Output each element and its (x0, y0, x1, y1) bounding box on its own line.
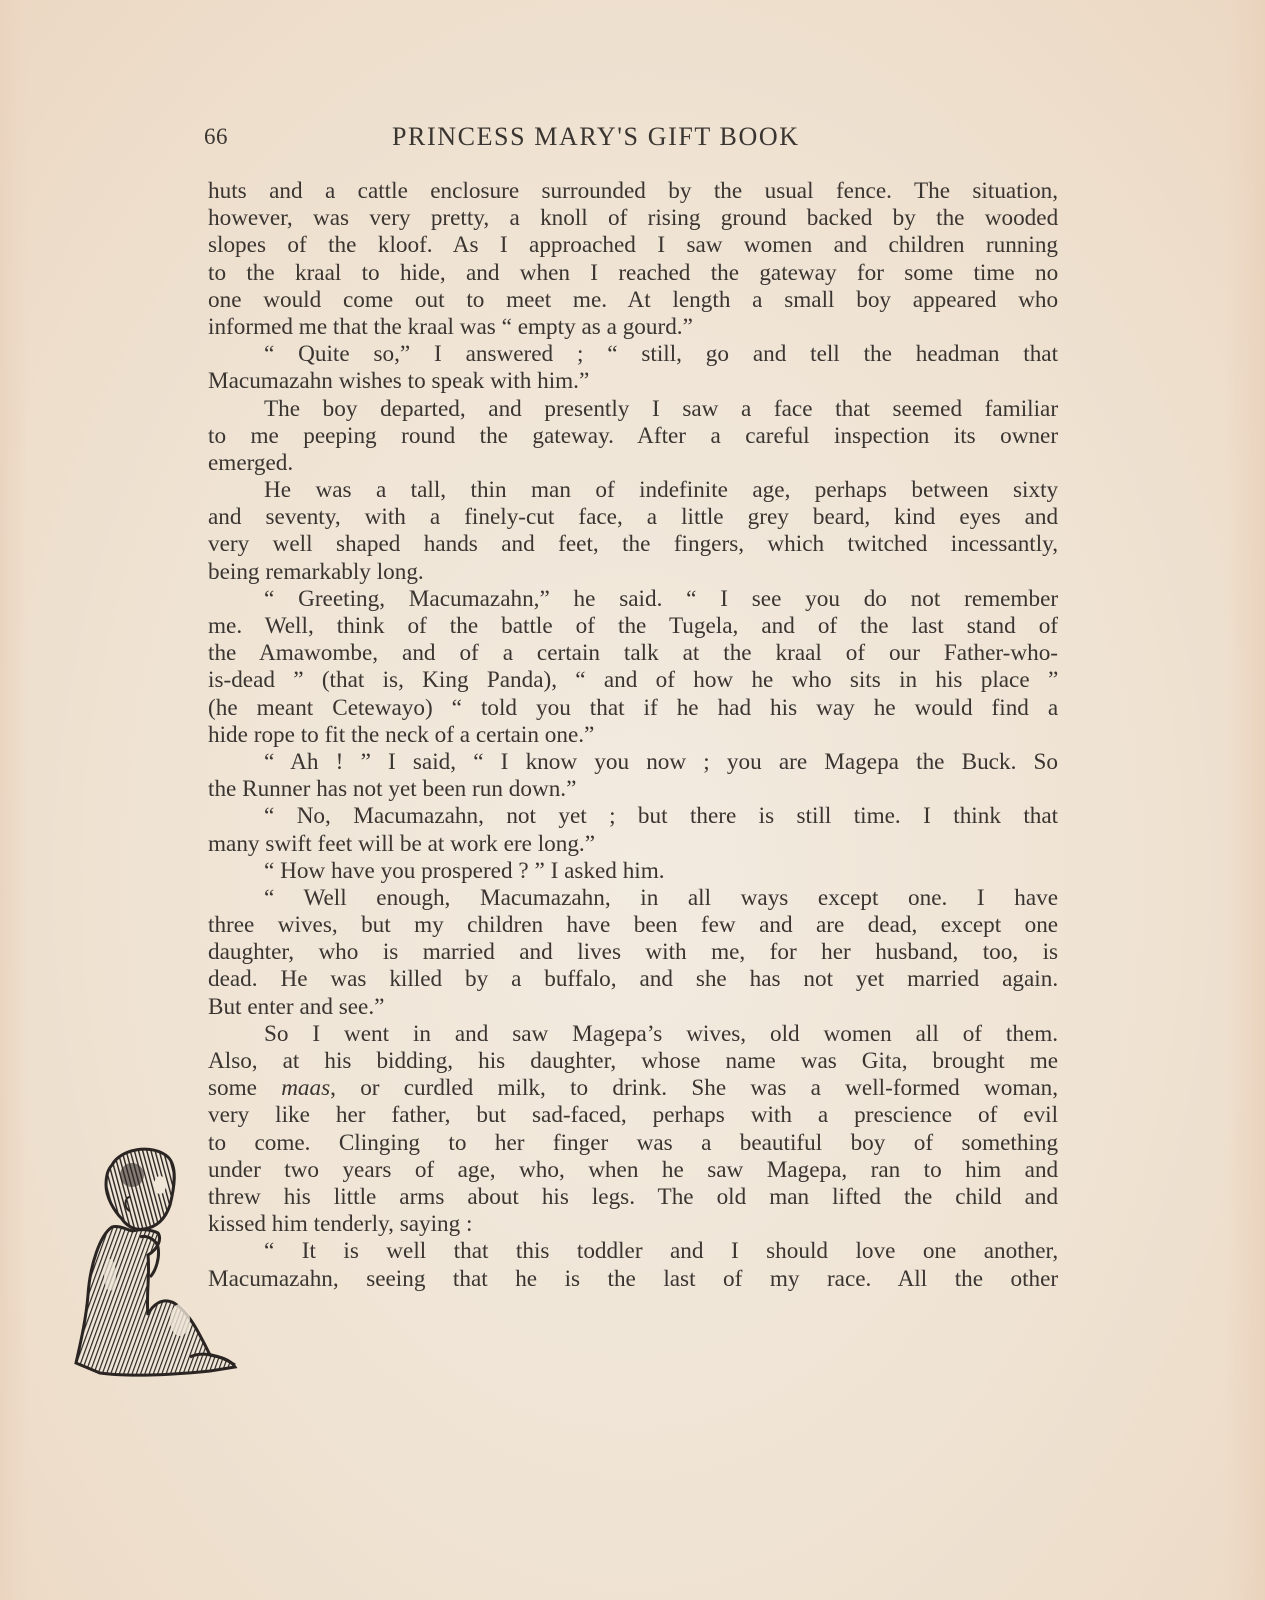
text-line: So I went in and saw Magepa’s wives, old… (208, 1021, 1058, 1048)
text-line: “ Ah ! ” I said, “ I know you now ; you … (208, 749, 1058, 776)
page-edge-right (1225, 0, 1265, 1600)
running-head: 66 PRINCESS MARY'S GIFT BOOK (204, 122, 880, 158)
text-line: “ How have you prospered ? ” I asked him… (208, 858, 1058, 885)
text-line: being remarkably long. (208, 559, 1058, 586)
text-line: some maas, or curdled milk, to drink. Sh… (208, 1075, 1058, 1102)
text-line: however, was very pretty, a knoll of ris… (208, 205, 1058, 232)
text-line: to me peeping round the gateway. After a… (208, 423, 1058, 450)
text-line: “ No, Macumazahn, not yet ; but there is… (208, 803, 1058, 830)
text-line: “ Greeting, Macumazahn,” he said. “ I se… (208, 586, 1058, 613)
book-title: PRINCESS MARY'S GIFT BOOK (392, 122, 800, 152)
text-line: hide rope to fit the neck of a certain o… (208, 722, 1058, 749)
text-line: and seventy, with a finely-cut face, a l… (208, 504, 1058, 531)
text-line: the Runner has not yet been run down.” (208, 776, 1058, 803)
text-line: “ Well enough, Macumazahn, in all ways e… (208, 885, 1058, 912)
text-line: very well shaped hands and feet, the fin… (208, 531, 1058, 558)
text-line: one would come out to meet me. At length… (208, 287, 1058, 314)
text-line: very like her father, but sad-faced, per… (208, 1102, 1058, 1129)
text-line: many swift feet will be at work ere long… (208, 831, 1058, 858)
page-edge-left (0, 0, 28, 1600)
text-line: slopes of the kloof. As I approached I s… (208, 232, 1058, 259)
text-line: But enter and see.” (208, 994, 1058, 1021)
text-line: “ Quite so,” I answered ; “ still, go an… (208, 341, 1058, 368)
text-line: three wives, but my children have been f… (208, 912, 1058, 939)
text-line: Macumazahn, seeing that he is the last o… (208, 1266, 1058, 1293)
text-line: is-dead ” (that is, King Panda), “ and o… (208, 667, 1058, 694)
text-line: He was a tall, thin man of indefinite ag… (208, 477, 1058, 504)
text-line: huts and a cattle enclosure surrounded b… (208, 178, 1058, 205)
text-line: daughter, who is married and lives with … (208, 939, 1058, 966)
text-line: me. Well, think of the battle of the Tug… (208, 613, 1058, 640)
text-line: under two years of age, who, when he saw… (208, 1157, 1058, 1184)
text-line: “ It is well that this toddler and I sho… (208, 1238, 1058, 1265)
text-line: to the kraal to hide, and when I reached… (208, 260, 1058, 287)
text-line: Also, at his bidding, his daughter, whos… (208, 1048, 1058, 1075)
text-line: the Amawombe, and of a certain talk at t… (208, 640, 1058, 667)
text-line: to come. Clinging to her finger was a be… (208, 1130, 1058, 1157)
text-line: kissed him tenderly, saying : (208, 1211, 1058, 1238)
text-line: threw his little arms about his legs. Th… (208, 1184, 1058, 1211)
text-line: (he meant Cetewayo) “ told you that if h… (208, 695, 1058, 722)
text-line: Macumazahn wishes to speak with him.” (208, 368, 1058, 395)
text-line: The boy departed, and presently I saw a … (208, 396, 1058, 423)
text-line: emerged. (208, 450, 1058, 477)
body-text: huts and a cattle enclosure surrounded b… (208, 178, 1058, 1293)
text-line: dead. He was killed by a buffalo, and sh… (208, 966, 1058, 993)
page-number: 66 (204, 124, 228, 150)
seated-child-woodcut-icon (70, 1145, 240, 1380)
text-line: informed me that the kraal was “ empty a… (208, 314, 1058, 341)
